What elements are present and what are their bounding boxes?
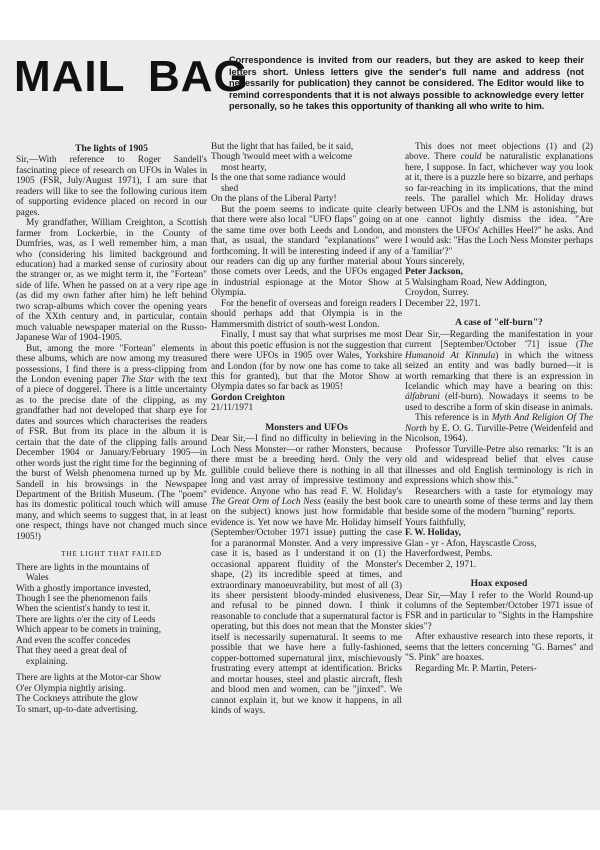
letter-title-monsters-and-ufos: Monsters and UFOs [211,423,402,433]
letter-signature: Gordon Creighton [211,393,402,403]
poem-line: Which appear to be comets in training, [16,625,207,635]
poem-line: To smart, up-to-date advertising. [16,705,207,715]
letter-paragraph: Professor Turville-Petre also remarks: "… [405,445,593,487]
paragraph-text: with the text of a piece of doggerel. Th… [16,375,207,542]
poem-line: Wales [16,573,207,583]
poem-line: Is the one that some radiance would [211,173,402,183]
column-1: The lights of 1905 Sir,—With reference t… [16,142,207,715]
letter-signature: Peter Jackson, [405,267,593,277]
letter-paragraph: My grandfather, William Creighton, a Sco… [16,218,207,343]
letter-paragraph: Dear Sir,—May I refer to the World Round… [405,591,593,633]
poem-title: THE LIGHT THAT FAILED [16,549,207,559]
magazine-page: MAIL BAG Correspondence is invited from … [0,40,600,810]
letter-signature: F. W. Holiday, [405,528,593,538]
paragraph-text: by E. O. G. Turville-Petre (Weidenfeld a… [405,424,593,444]
italic-title: The Great Orm of Loch Ness [211,497,321,507]
poem-line: shed [211,184,402,194]
letter-paragraph: Finally, I must say that what surprises … [211,330,402,393]
poem-line: The Cockneys attribute the glow [16,694,207,704]
letter-paragraph: This reference is in Myth And Religion O… [405,413,593,444]
poem-line: There are lights in the mountains of [16,563,207,573]
letter-address: Haverfordwest, Pembs. [405,549,593,559]
letter-paragraph: Dear Sir,—Regarding the manifestation in… [405,330,593,414]
letter-address: 5 Walsingham Road, New Addington, [405,278,593,288]
poem-stanza-1: There are lights in the mountains of Wal… [16,563,207,668]
poem-stanza-3: But the light that has failed, be it sai… [211,142,402,205]
paragraph-text: Dear Sir,—I find no difficulty in believ… [211,434,402,496]
letter-date: December 22, 1971. [405,299,593,309]
editorial-notice: Correspondence is invited from our reade… [229,55,584,113]
letter-date: 21/11/1971 [211,403,402,413]
poem-line: When the scientist's handy to test it. [16,604,207,614]
paragraph-text: This reference is in [415,413,492,423]
letter-paragraph: Regarding Mr. P. Martin, Peters- [405,664,593,674]
page-title: MAIL BAG [14,55,249,99]
paragraph-text: Dear Sir,—Regarding the manifestation in… [405,330,593,350]
letter-address: Croydon, Surrey. [405,288,593,298]
poem-line: Though I see the phenomenon fails [16,594,207,604]
poem-line: But the light that has failed, be it sai… [211,142,402,152]
letter-date: December 2, 1971. [405,560,593,570]
letter-paragraph: But the poem seems to indicate quite cle… [211,205,402,299]
poem-line: That they need a great deal of [16,646,207,656]
letter-closing: Yours faithfully, [405,518,593,528]
italic-title: The Star [121,375,154,385]
paragraph-text: be naturalistic explanations here, I sup… [405,152,593,256]
letter-paragraph: After exhaustive research into these rep… [405,632,593,663]
poem-stanza-2: There are lights at the Motor-car Show O… [16,673,207,715]
letter-address: Glan - yr - Afon, Hayscastle Cross, [405,539,593,549]
letter-paragraph: Researchers with a taste for etymology m… [405,487,593,518]
poem-line: With a ghostly importance invested, [16,584,207,594]
column-2: But the light that has failed, be it sai… [211,142,402,716]
letter-paragraph: Dear Sir,—I find no difficulty in believ… [211,434,402,716]
poem-line: Though 'twould meet with a welcome [211,152,402,162]
italic-word: álfabruni [405,392,440,402]
letter-paragraph: Sir,—With reference to Roger Sandell's f… [16,155,207,218]
letter-closing: Yours sincerely, [405,257,593,267]
letter-title-lights-of-1905: The lights of 1905 [16,144,207,154]
letter-paragraph: But, among the more "Fortean" elements i… [16,344,207,543]
paragraph-text: (easily the best book on the subject) kn… [211,497,402,716]
letter-paragraph: This does not meet objections (1) and (2… [405,142,593,257]
letter-title-hoax-exposed: Hoax exposed [405,579,593,589]
letter-title-elf-burn: A case of "elf-burn"? [405,318,593,328]
poem-line: On the plans of the Liberal Party! [211,194,402,204]
poem-line: There are lights at the Motor-car Show [16,673,207,683]
column-3: This does not meet objections (1) and (2… [405,142,593,674]
poem-line: most hearty, [211,163,402,173]
poem-line: explaining. [16,657,207,667]
poem-line: O'er Olympia nightly arising. [16,684,207,694]
italic-word: could [461,152,482,162]
letter-paragraph: For the benefit of overseas and foreign … [211,299,402,330]
poem-line: There are lights o'er the city of Leeds [16,615,207,625]
poem-line: And even the scoffer concedes [16,636,207,646]
